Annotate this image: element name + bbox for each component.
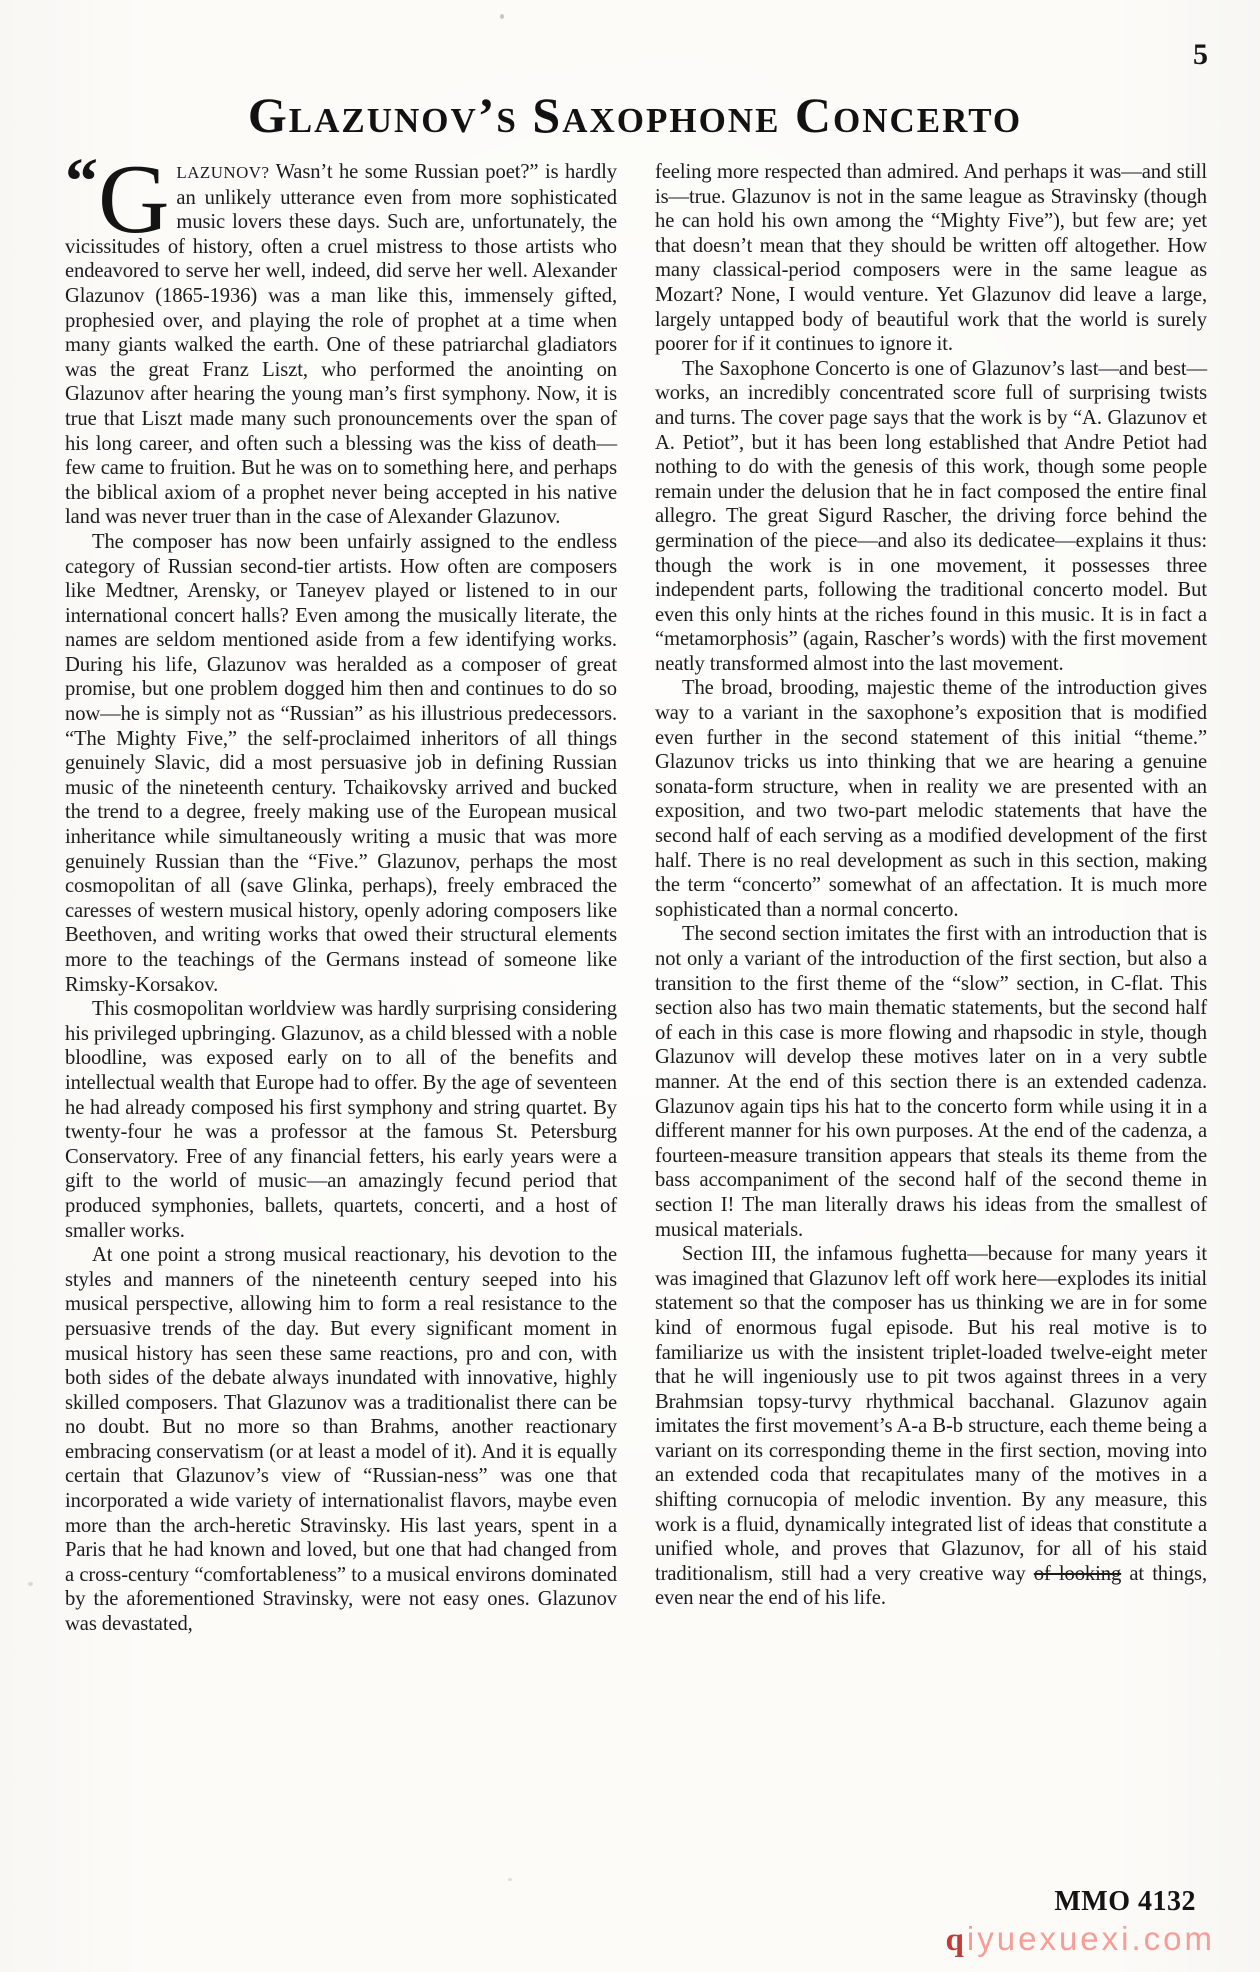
watermark-text: iyuexuexi.com bbox=[967, 1920, 1215, 1957]
opening-quote-mark: “ bbox=[65, 162, 94, 202]
article-body: “GLAZUNOV? Wasn’t he some Russian poet?”… bbox=[65, 160, 1207, 1637]
struck-through-text: of looking bbox=[1034, 1563, 1121, 1585]
page-title: Glazunov’s Saxophone Concerto bbox=[64, 86, 1206, 144]
page-number: 5 bbox=[1193, 38, 1208, 72]
watermark-initial: q bbox=[946, 1922, 967, 1958]
scan-speck bbox=[508, 1878, 512, 1881]
right-column: feeling more respected than admired. And… bbox=[655, 160, 1207, 1637]
scan-speck bbox=[28, 1582, 33, 1586]
body-paragraph-final: Section III, the infamous fughetta—becau… bbox=[655, 1242, 1207, 1611]
body-paragraph: The composer has now been unfairly assig… bbox=[65, 530, 617, 997]
final-paragraph-text: Section III, the infamous fughetta—becau… bbox=[655, 1243, 1207, 1585]
scanned-page: 5 Glazunov’s Saxophone Concerto “GLAZUNO… bbox=[0, 0, 1260, 1972]
left-column: “GLAZUNOV? Wasn’t he some Russian poet?”… bbox=[65, 160, 617, 1637]
lede-paragraph: “GLAZUNOV? Wasn’t he some Russian poet?”… bbox=[65, 160, 617, 530]
scan-speck bbox=[500, 14, 504, 19]
body-paragraph: This cosmopolitan worldview was hardly s… bbox=[65, 997, 617, 1243]
catalog-number: MMO 4132 bbox=[1054, 1886, 1196, 1918]
body-paragraph-continuation: feeling more respected than admired. And… bbox=[655, 160, 1207, 357]
body-paragraph: The broad, brooding, majestic theme of t… bbox=[655, 676, 1207, 922]
body-paragraph: The second section imitates the first wi… bbox=[655, 922, 1207, 1242]
watermark: qiyuexuexi.com bbox=[946, 1920, 1215, 1959]
body-paragraph: The Saxophone Concerto is one of Glazuno… bbox=[655, 357, 1207, 677]
lede-small-caps: LAZUNOV? bbox=[176, 163, 269, 182]
drop-cap-letter: G bbox=[98, 162, 169, 238]
drop-cap: “G bbox=[65, 162, 169, 234]
body-paragraph: At one point a strong musical reactionar… bbox=[65, 1243, 617, 1637]
